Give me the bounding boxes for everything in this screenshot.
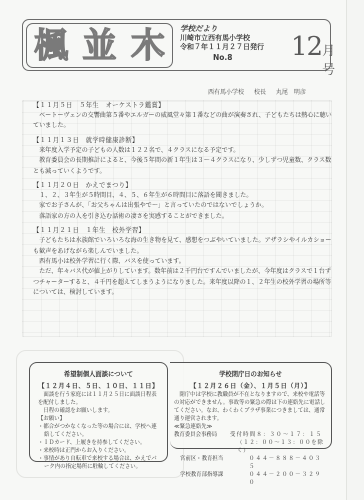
request-item: ＩＤカード、上履きを持参してください。 <box>38 439 161 447</box>
issue-number: No.8 <box>180 53 270 63</box>
article-health-check: 【１１月１３日 就学時健康診断】 来年度入学予定の子どもの人数は１２２名で、４ク… <box>33 136 333 177</box>
notice-interviews: 希望制個人面談について 【１２月４日、５日、１０日、１１日】 面談を行う家庭には… <box>29 362 168 462</box>
notice-dates: 【１２月４日、５日、１０日、１１日】 <box>30 381 167 390</box>
logo-char-2: 並 <box>82 29 116 63</box>
contact-row: 学校教育部指導課 ０４４－２００－３２９０ <box>174 471 327 487</box>
article-paragraph: 教育委員会の長期推計によると、今後５年間の新１年生は３～４クラスになり、少しずつ… <box>33 156 333 177</box>
notice-closure: 学校閉庁日のお知らせ 【１２月２６日（金）、１月５日（月）】 閉庁中は学校に教職… <box>170 362 332 449</box>
article-paragraph: 家でお子さんが、「お父ちゃんは出張やで～」と言っていたのではないでしょうか。 <box>33 201 333 211</box>
contact-label: 宮前区・教育担当 <box>174 455 249 471</box>
issue-date: 令和７年１１月２７日発行 <box>180 43 270 53</box>
contact-phone: ０４４－８８８－４０３５ <box>249 455 327 471</box>
article-paragraph: １、２、３年生が５時間目、４、５、６年生が６時間目に落語を聞きました。 <box>33 191 333 201</box>
logo-char-1: 楓 <box>34 29 68 63</box>
request-item: 来校時は正門からお入りください。 <box>38 447 161 455</box>
principal-school: 西有馬小学校 <box>208 89 244 96</box>
article-paragraph: 西有馬小は校外学習に行く際、バスを使っています。 <box>33 257 333 267</box>
office-name: 教育委員会事務局 <box>174 431 230 439</box>
contact-phone: ０４４－２００－３２９０ <box>249 471 327 487</box>
school-name: 川崎市立西有馬小学校 <box>180 34 270 44</box>
contact-row: 宮前区・教育担当 ０４４－８８８－４０３５ <box>174 455 327 471</box>
request-item: 事情があり自転車で来校する場合は、かえでパーク内の指定場所に駐輪してください。 <box>38 455 161 471</box>
article-heading: 【１１月５日 ５年生 オーケストラ鑑賞】 <box>33 101 333 111</box>
article-festival: 【１１月２０日 かえでまつり】 １、２、３年生が５時間目、４、５、６年生が６時間… <box>33 181 333 222</box>
contact-label: 学校教育部指導課 <box>174 471 249 487</box>
masthead: 楓 並 木 学校だより 川崎市立西有馬小学校 令和７年１１月２７日発行 No.8… <box>22 19 331 71</box>
article-paragraph: ベートーヴェンの交響曲第５番やエルガーの威風堂々第１番などの曲が演奏され、子ども… <box>33 111 333 132</box>
logo-char-3: 木 <box>131 29 165 63</box>
office-hours-exclusion: （１２：００～１３：００を除く） <box>174 439 327 455</box>
principal-name: 丸尾 明彦 <box>276 89 306 96</box>
month-number: 12 <box>291 32 322 62</box>
notice-dates: 【１２月２６日（金）、１月５日（月）】 <box>170 381 331 390</box>
contacts-label: ≪緊急連絡先≫ <box>174 423 327 431</box>
newsletter-logo: 楓 並 木 <box>26 23 173 68</box>
notice-text: 面談を行う家庭には１１月２５日に面談日程表を配付しました。 <box>38 391 161 407</box>
article-paragraph: 子どもたちは水族館でいろいろな海の生き物を見て、感想をつぶやいていました。アザラ… <box>33 236 333 257</box>
article-heading: 【１１月２１日 １年生 校外学習】 <box>33 226 333 236</box>
articles: 【１１月５日 ５年生 オーケストラ鑑賞】 ベートーヴェンの交響曲第５番やエルガー… <box>33 101 333 303</box>
notice-body: 面談を行う家庭には１１月２５日に面談日程表を配付しました。 日程の確認をお願いし… <box>30 390 167 471</box>
article-paragraph: 落語家の方の人を引き込む話術の凄さを実感することができました。 <box>33 212 333 222</box>
issue-month: 12 月号 <box>291 32 335 78</box>
article-heading: 【１１月２０日 かえでまつり】 <box>33 181 333 191</box>
masthead-info: 学校だより 川崎市立西有馬小学校 令和７年１１月２７日発行 No.8 <box>180 24 270 62</box>
notice-text: 日程の確認をお願いします。 <box>38 407 161 415</box>
notice-body: 閉庁中は学校に教職員が不在となりますので、来校や電話等の対応ができません。事故等… <box>170 390 331 487</box>
principal-role: 校長 <box>254 89 266 96</box>
newsletter-page: 楓 並 木 学校だより 川崎市立西有馬小学校 令和７年１１月２７日発行 No.8… <box>0 0 347 500</box>
requests-label: 【お願い】 <box>38 415 161 423</box>
office-hours: 受付時間８：３０～１７：１５ <box>230 431 322 439</box>
article-heading: 【１１月１３日 就学時健康診断】 <box>33 136 333 146</box>
notice-text: 閉庁中は学校に教職員が不在となりますので、来校や電話等の対応ができません。事故等… <box>174 391 327 423</box>
article-paragraph: ただ、年々バス代が値上がりしています。数年前は２千円台ですんでいましたが、今年度… <box>33 267 333 298</box>
notice-title: 学校閉庁日のお知らせ <box>170 369 331 378</box>
principal-byline: 西有馬小学校 校長 丸尾 明彦 <box>208 87 312 96</box>
article-orchestra: 【１１月５日 ５年生 オーケストラ鑑賞】 ベートーヴェンの交響曲第５番やエルガー… <box>33 101 333 132</box>
notice-title: 希望制個人面談について <box>30 369 167 378</box>
article-field-trip: 【１１月２１日 １年生 校外学習】 子どもたちは水族館でいろいろな海の生き物を見… <box>33 226 333 298</box>
request-item: 都合がつかなくなった等の場合には、学校へ連絡してください。 <box>38 423 161 439</box>
office-hours-row: 教育委員会事務局 受付時間８：３０～１７：１５ <box>174 431 327 439</box>
kicker: 学校だより <box>180 24 270 34</box>
article-paragraph: 来年度入学予定の子どもの人数は１２２名で、４クラスになる予定です。 <box>33 146 333 156</box>
month-suffix: 月号 <box>322 40 335 78</box>
